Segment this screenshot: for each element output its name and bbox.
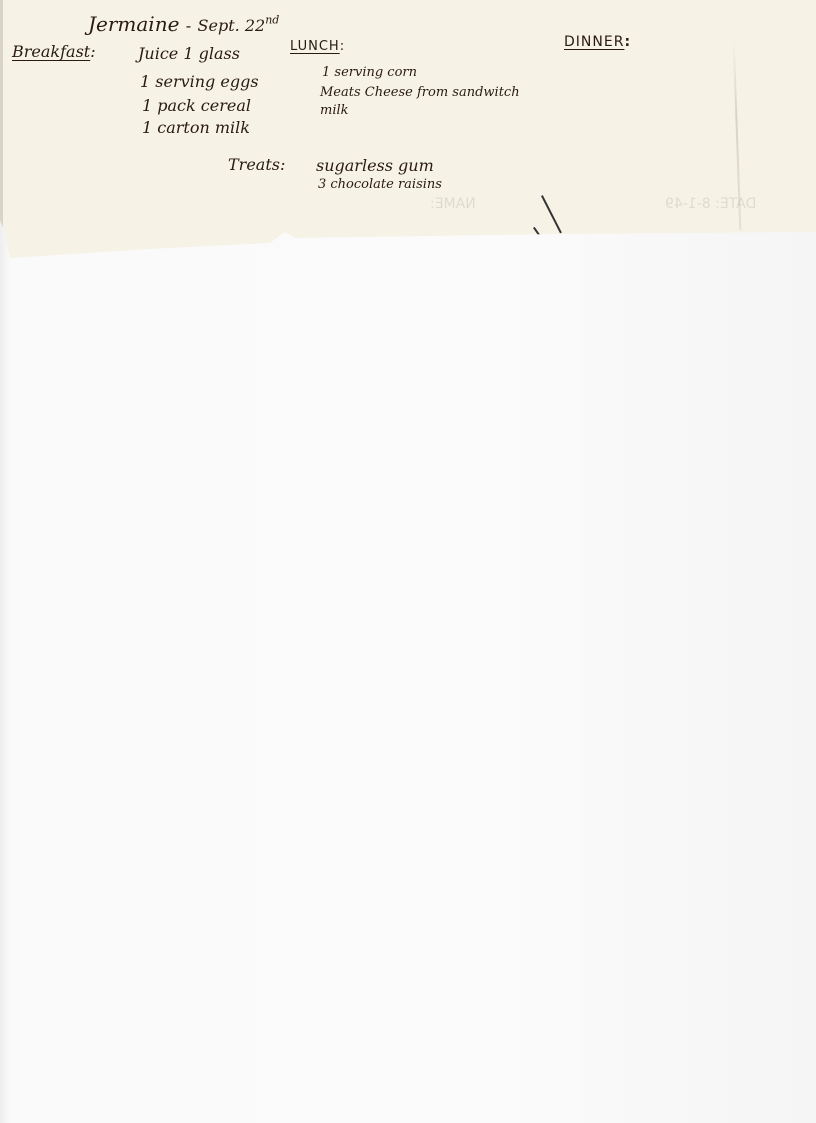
- lunch-heading: LUNCH:: [290, 40, 345, 53]
- pen-stroke: [541, 195, 561, 233]
- dinner-heading: DINNER:: [564, 35, 631, 49]
- lunch-label: LUNCH: [290, 39, 340, 54]
- lunch-item: milk: [320, 104, 349, 117]
- note-date: Sept. 22: [198, 16, 266, 35]
- bleed-through-name: NAME:: [430, 196, 476, 212]
- breakfast-heading: Breakfast:: [12, 44, 96, 60]
- breakfast-item: 1 pack cereal: [142, 98, 251, 114]
- note-title: Jermaine - Sept. 22nd: [88, 14, 279, 34]
- dinner-colon: :: [624, 34, 631, 50]
- bleed-through-date: DATE: 8-1-49: [665, 196, 756, 212]
- bleed-date-label: DATE:: [715, 196, 756, 212]
- lunch-colon: :: [340, 39, 345, 54]
- treats-label: Treats:: [228, 157, 285, 173]
- breakfast-item: 1 serving eggs: [140, 74, 259, 90]
- title-separator: -: [186, 16, 191, 35]
- breakfast-item: Juice 1 glass: [138, 46, 240, 62]
- lunch-item: Meats Cheese from sandwitch: [320, 86, 520, 99]
- paper-note: NAME: DATE: 8-1-49 Jermaine - Sept. 22nd…: [0, 0, 816, 260]
- breakfast-colon: :: [90, 42, 95, 61]
- treat-item: sugarless gum: [316, 158, 434, 174]
- dinner-label: DINNER: [564, 34, 624, 50]
- note-date-suffix: nd: [265, 13, 279, 26]
- bleed-name-label: NAME:: [430, 196, 476, 212]
- lunch-item: 1 serving corn: [322, 66, 417, 79]
- breakfast-item: 1 carton milk: [142, 120, 250, 136]
- paper-edge: [0, 0, 3, 230]
- treat-item: 3 chocolate raisins: [318, 178, 442, 191]
- person-name: Jermaine: [88, 12, 179, 36]
- breakfast-label: Breakfast: [12, 42, 90, 61]
- bleed-date-value: 8-1-49: [665, 196, 711, 212]
